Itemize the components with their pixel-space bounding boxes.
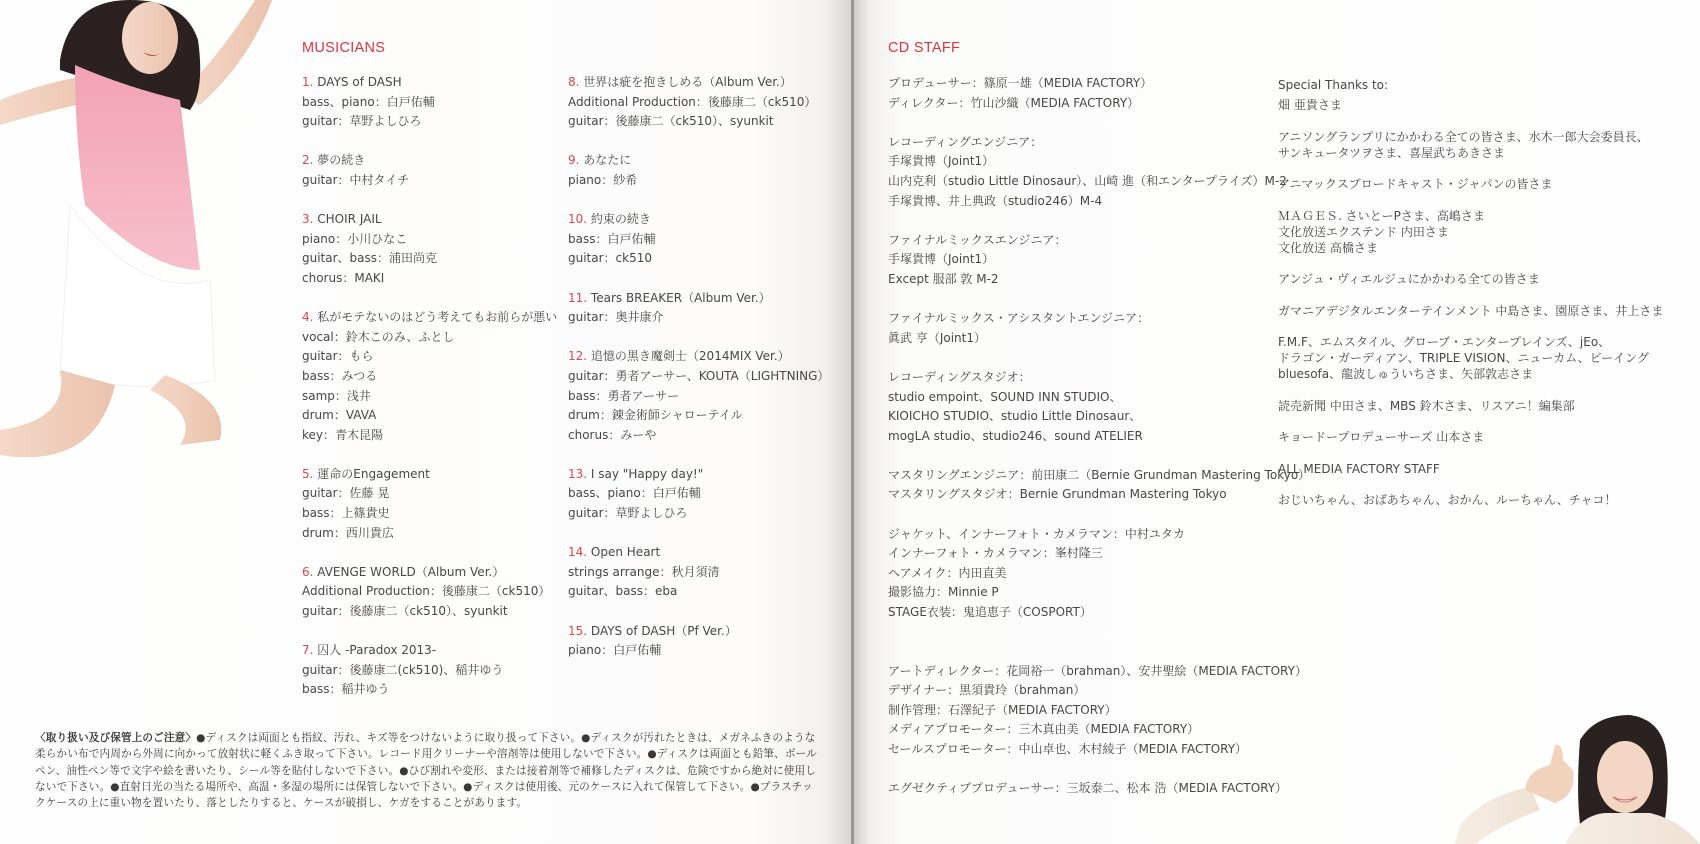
track-credit: 2. 夢の続き guitar：中村タイチ [302,151,557,190]
staff-group: エグゼクティブプロデューサー：三坂泰二、松本 浩（MEDIA FACTORY） [888,779,1310,799]
track-number: 5. [302,467,313,481]
track-credit: 15. DAYS of DASH（Pf Ver.） piano：白戸佑輔 [568,622,829,661]
credit-line: samp：浅井 [302,387,557,407]
staff-line: マスタリングエンジニア：前田康二（Bernie Grundman Masteri… [888,466,1310,486]
page-fold [851,0,854,844]
track-title: 囚人 -Paradox 2013- [317,643,436,657]
thanks-group: ALL MEDIA FACTORY STAFF [1278,461,1663,477]
staff-line: mogLA studio、studio246、sound ATELIER [888,427,1310,447]
musicians-column-2: 8. 世界は疵を抱きしめる（Album Ver.） Additional Pro… [568,73,829,680]
thanks-line: サンキュータツヲさま、喜屋武ちあきさま [1278,145,1663,161]
credit-line: guitar：後藤康二（ck510）、syunkit [568,112,829,132]
thanks-line: 文化放送 高橋さま [1278,240,1663,256]
staff-line: ファイナルミックス・アシスタントエンジニア： [888,309,1310,329]
special-thanks-heading: Special Thanks to: [1278,77,1663,93]
staff-line: 制作管理：石澤紀子（MEDIA FACTORY） [888,701,1310,721]
thanks-group: アニソングランプリにかかわる全ての皆さま、水木一郎大会委員長、 サンキュータツヲ… [1278,129,1663,161]
track-title: あなたに [583,153,631,167]
staff-line: KIOICHO STUDIO、studio Little Dinosaur、 [888,407,1310,427]
credit-line: Additional Production：後藤康二（ck510） [302,582,557,602]
staff-line: アートディレクター：花岡裕一（brahman）、安井聖絵（MEDIA FACTO… [888,662,1310,682]
track-credit: 3. CHOIR JAIL piano：小川ひなこ guitar、bass：浦田… [302,210,557,288]
track-credit: 4. 私がモテないのはどう考えてもお前らが悪い vocal：鈴木このみ、ふとし … [302,308,557,445]
thanks-group: ガマニアデジタルエンターテインメント 中島さま、園原さま、井上さま [1278,303,1663,319]
thanks-group: アンジュ・ヴィエルジュにかかわる全ての皆さま [1278,271,1663,287]
credit-line: strings arrange：秋月須清 [568,563,829,583]
staff-line: ジャケット、インナーフォト・カメラマン：中村ユタカ [888,525,1310,545]
track-title: 追憶の黒き魔剣士（2014MIX Ver.） [591,349,790,363]
staff-line: 撮影協力：Minnie P [888,583,1310,603]
track-credit: 7. 囚人 -Paradox 2013- guitar：後藤康二(ck510)、… [302,641,557,700]
credit-line: bass、piano：白戸佑輔 [302,93,557,113]
staff-group: ファイナルミックスエンジニア： 手塚貴博（Joint1） Except 服部 敦… [888,231,1310,290]
credit-line: bass：稲井ゆう [302,680,557,700]
credit-line: Additional Production：後藤康二（ck510） [568,93,829,113]
thanks-group: ＭＡＧＥＳ. さいとーPさま、高嶋さま 文化放送エクステンド 内田さま 文化放送… [1278,208,1663,256]
track-title: 夢の続き [317,153,365,167]
track-credit: 12. 追憶の黒き魔剣士（2014MIX Ver.） guitar：勇者アーサー… [568,347,829,445]
track-title: DAYS of DASH（Pf Ver.） [591,624,737,638]
thanks-line: bluesofa、龍波しゅういちさま、矢部敦志さま [1278,366,1663,382]
staff-line: studio empoint、SOUND INN STUDIO、 [888,388,1310,408]
credit-line: guitar：勇者アーサー、KOUTA（LIGHTNING） [568,367,829,387]
credit-line: guitar：佐藤 晃 [302,484,557,504]
credit-line: guitar：後藤康二(ck510)、稲井ゆう [302,661,557,681]
track-number: 7. [302,643,313,657]
thanks-line: 読売新聞 中田さま、MBS 鈴木さま、リスアニ！編集部 [1278,398,1663,414]
staff-line: 眞武 亨（Joint1） [888,329,1310,349]
credit-line: guitar、bass：eba [568,582,829,602]
staff-line: マスタリングスタジオ：Bernie Grundman Mastering Tok… [888,485,1310,505]
thanks-line: 文化放送エクステンド 内田さま [1278,224,1663,240]
credit-line: guitar：中村タイチ [302,171,557,191]
thanks-line: ＭＡＧＥＳ. さいとーPさま、高嶋さま [1278,208,1663,224]
credit-line: bass：上篠貴史 [302,504,557,524]
musicians-column-1: 1. DAYS of DASH bass、piano：白戸佑輔 guitar：草… [302,73,557,720]
track-credit: 6. AVENGE WORLD（Album Ver.） Additional P… [302,563,557,622]
credit-line: bass：勇者アーサー [568,387,829,407]
track-title: Open Heart [591,545,660,559]
thanks-group: キョードープロデューサーズ 山本さま [1278,429,1663,445]
credit-line: bass：白戸佑輔 [568,230,829,250]
track-number: 11. [568,291,587,305]
thanks-group: F.M.F、エムスタイル、グローブ・エンタープレインズ、jEo、 ドラゴン・ガー… [1278,334,1663,382]
credit-line: piano：小川ひなこ [302,230,557,250]
thanks-line: ALL MEDIA FACTORY STAFF [1278,461,1663,477]
track-credit: 11. Tears BREAKER（Album Ver.） guitar：奥井康… [568,289,829,328]
special-thanks-column: Special Thanks to: 畑 亜貴さま アニソングランプリにかかわる… [1278,77,1663,524]
staff-line: ディレクター：竹山沙織（MEDIA FACTORY） [888,94,1310,114]
staff-line: STAGE衣装：鬼追恵子（COSPORT） [888,603,1310,623]
track-credit: 5. 運命のEngagement guitar：佐藤 晃 bass：上篠貴史 d… [302,465,557,543]
thanks-line: ドラゴン・ガーディアン、TRIPLE VISION、ニューカム、ビーイング [1278,350,1663,366]
thanks-line: アンジュ・ヴィエルジュにかかわる全ての皆さま [1278,271,1663,287]
credit-line: chorus：MAKI [302,269,557,289]
credit-line: piano：紗希 [568,171,829,191]
thanks-line: おじいちゃん、おばあちゃん、おかん、ルーちゃん、チャコ！ [1278,492,1663,508]
staff-line: プロデューサー：篠原一雄（MEDIA FACTORY） [888,74,1310,94]
credit-line: drum：西川貴広 [302,524,557,544]
track-title: CHOIR JAIL [317,212,381,226]
credit-line: guitar：ck510 [568,249,829,269]
staff-line: 山内克利（studio Little Dinosaur）、山崎 進（和エンタープ… [888,172,1310,192]
credit-line: guitar：草野よしひろ [568,504,829,524]
credit-line: key：青木昆陽 [302,426,557,446]
track-number: 3. [302,212,313,226]
staff-line: エグゼクティブプロデューサー：三坂泰二、松本 浩（MEDIA FACTORY） [888,779,1310,799]
notice-heading: 〈取り扱い及び保管上のご注意〉 [35,732,196,744]
track-title: I say "Happy day!" [591,467,703,481]
credit-line: piano：白戸佑輔 [568,641,829,661]
credit-line: guitar、bass：浦田尚克 [302,249,557,269]
track-title: 運命のEngagement [317,467,430,481]
track-credit: 1. DAYS of DASH bass、piano：白戸佑輔 guitar：草… [302,73,557,132]
thanks-group: おじいちゃん、おばあちゃん、おかん、ルーちゃん、チャコ！ [1278,492,1663,508]
track-number: 4. [302,310,313,324]
staff-group: ファイナルミックス・アシスタントエンジニア： 眞武 亨（Joint1） [888,309,1310,348]
credit-line: guitar：後藤康二（ck510）、syunkit [302,602,557,622]
credit-line: vocal：鈴木このみ、ふとし [302,328,557,348]
staff-group: レコーディングエンジニア： 手塚貴博（Joint1） 山内克利（studio L… [888,133,1310,211]
staff-group: レコーディングスタジオ： studio empoint、SOUND INN ST… [888,368,1310,446]
track-title: 約束の続き [591,212,651,226]
staff-line: メディアプロモーター：三木真由美（MEDIA FACTORY） [888,720,1310,740]
staff-line: レコーディングエンジニア： [888,133,1310,153]
track-title: Tears BREAKER（Album Ver.） [591,291,771,305]
staff-line: セールスプロモーター：中山卓也、木村綾子（MEDIA FACTORY） [888,740,1310,760]
track-title: 世界は疵を抱きしめる（Album Ver.） [583,75,792,89]
artist-photo-thumbs-up [1455,715,1700,844]
staff-line: ヘアメイク：内田直美 [888,564,1310,584]
track-number: 15. [568,624,587,638]
track-number: 13. [568,467,587,481]
track-credit: 8. 世界は疵を抱きしめる（Album Ver.） Additional Pro… [568,73,829,132]
thanks-group: アニマックスブロードキャスト・ジャパンの皆さま [1278,176,1663,192]
thanks-line: キョードープロデューサーズ 山本さま [1278,429,1663,445]
staff-line: デザイナー：黒須貴玲（brahman） [888,681,1310,701]
track-number: 10. [568,212,587,226]
track-number: 12. [568,349,587,363]
staff-line: 手塚貴博（Joint1） [888,250,1310,270]
cd-staff-heading: CD STAFF [888,40,960,56]
track-title: 私がモテないのはどう考えてもお前らが悪い [317,310,557,324]
staff-line: インナーフォト・カメラマン：峯村隆三 [888,544,1310,564]
track-number: 9. [568,153,579,167]
staff-line: Except 服部 敦 M-2 [888,270,1310,290]
staff-group: ジャケット、インナーフォト・カメラマン：中村ユタカ インナーフォト・カメラマン：… [888,525,1310,623]
track-number: 1. [302,75,313,89]
credit-line: drum：VAVA [302,406,557,426]
thanks-line: アニマックスブロードキャスト・ジャパンの皆さま [1278,176,1663,192]
credit-line: bass、piano：白戸佑輔 [568,484,829,504]
thanks-line: アニソングランプリにかかわる全ての皆さま、水木一郎大会委員長、 [1278,129,1663,145]
staff-line: レコーディングスタジオ： [888,368,1310,388]
credit-line: chorus：みーや [568,426,829,446]
credit-line: guitar：もら [302,347,557,367]
staff-group: アートディレクター：花岡裕一（brahman）、安井聖絵（MEDIA FACTO… [888,662,1310,760]
track-number: 8. [568,75,579,89]
credit-line: bass：みつる [302,367,557,387]
credit-line: guitar：草野よしひろ [302,112,557,132]
staff-line: 手塚貴博（Joint1） [888,152,1310,172]
artist-photo-jumping [0,0,275,480]
staff-group: マスタリングエンジニア：前田康二（Bernie Grundman Masteri… [888,466,1310,505]
track-number: 2. [302,153,313,167]
thanks-line: ガマニアデジタルエンターテインメント 中島さま、園原さま、井上さま [1278,303,1663,319]
thanks-line: F.M.F、エムスタイル、グローブ・エンタープレインズ、jEo、 [1278,334,1663,350]
cd-staff-column: プロデューサー：篠原一雄（MEDIA FACTORY） ディレクター：竹山沙織（… [888,74,1310,818]
thanks-group: 畑 亜貴さま [1278,97,1663,113]
musicians-heading: MUSICIANS [302,40,385,56]
track-title: DAYS of DASH [317,75,401,89]
credit-line: guitar：奥井康介 [568,308,829,328]
track-credit: 9. あなたに piano：紗希 [568,151,829,190]
track-number: 14. [568,545,587,559]
staff-line: 手塚貴博、井上典政（studio246）M-4 [888,192,1310,212]
track-credit: 14. Open Heart strings arrange：秋月須清 guit… [568,543,829,602]
track-title: AVENGE WORLD（Album Ver.） [317,565,504,579]
thanks-group: 読売新聞 中田さま、MBS 鈴木さま、リスアニ！編集部 [1278,398,1663,414]
credit-line: drum：錬金術師シャローテイル [568,406,829,426]
track-credit: 10. 約束の続き bass：白戸佑輔 guitar：ck510 [568,210,829,269]
thanks-line: 畑 亜貴さま [1278,97,1663,113]
track-credit: 13. I say "Happy day!" bass、piano：白戸佑輔 g… [568,465,829,524]
staff-line: ファイナルミックスエンジニア： [888,231,1310,251]
handling-notice: 〈取り扱い及び保管上のご注意〉●ディスクは両面とも指紋、汚れ、キズ等をつけないよ… [35,730,820,811]
staff-group: プロデューサー：篠原一雄（MEDIA FACTORY） ディレクター：竹山沙織（… [888,74,1310,113]
track-number: 6. [302,565,313,579]
